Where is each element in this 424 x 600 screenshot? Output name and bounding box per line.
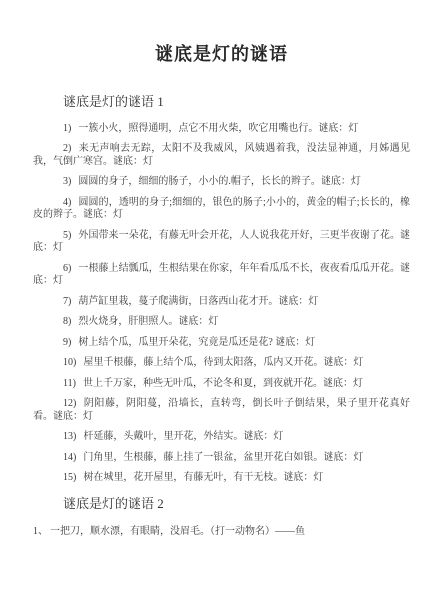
riddle-text: 树在城里，花开屋里，有藤无叶，有干无枝。谜底：灯 [83,472,323,483]
riddle-item: 6)一根藤上结瓢瓜，生根结果在你家，年年看瓜瓜不长，夜夜看瓜瓜开花。谜底：灯 [33,263,410,288]
riddle-number: 13) [63,431,76,442]
riddle-section: 谜底是灯的谜语 21、一把刀，顺水漂，有眼睛，没眉毛。（打一动物名）——鱼 [33,497,410,539]
riddle-text: 世上千万家，种些无叶瓜，不论冬和夏，到夜就开花。谜底：灯 [83,378,363,389]
riddle-item: 15)树在城里，花开屋里，有藤无叶，有干无枝。谜底：灯 [33,472,410,485]
section-heading: 谜底是灯的谜语 2 [63,497,410,511]
riddle-item: 1)一簇小火，照得通明，点它不用火柴，吹它用嘴也行。谜底：灯 [33,123,410,136]
page-title: 谜底是灯的谜语 [33,45,410,64]
riddle-section: 谜底是灯的谜语 11)一簇小火，照得通明，点它不用火柴，吹它用嘴也行。谜底：灯2… [33,95,410,485]
riddle-text: 外国带来一朵花，有藤无叶会开花，人人说我花开好，三更半夜谢了花。谜底：灯 [33,230,410,254]
riddle-item: 12)阴阳藤，阴阳蔓，沿墙长，直转弯，倒长叶子倒结果，果子里开花真好看。谜底：灯 [33,398,410,423]
riddle-number: 7) [63,296,71,307]
riddle-item: 11)世上千万家，种些无叶瓜，不论冬和夏，到夜就开花。谜底：灯 [33,378,410,391]
riddle-item: 9)树上结个瓜，瓜里开朵花，究竟是瓜还是花? 谜底：灯 [33,337,410,350]
riddle-text: 阴阳藤，阴阳蔓，沿墙长，直转弯，倒长叶子倒结果，果子里开花真好看。谜底：灯 [33,398,410,422]
riddle-number: 2) [63,143,71,154]
riddle-text: 圆圆的身子，细细的肠子，小小的.帽子，长长的辫子。谜底：灯 [78,176,361,187]
riddle-text: 圆圆的，透明的身子;细细的，银色的肠子;小小的，黄金的帽子;长长的，橡皮的辫子。… [33,197,410,221]
riddle-item: 14)门角里，生根藤，藤上挂了一银盆，盆里开花白如银。谜底：灯 [33,452,410,465]
riddle-item: 2)来无声响去无踪，太阳不及我威风，风姨遇着我，没法显神通，月姊遇见我，气倒广寒… [33,143,410,168]
riddle-text: 来无声响去无踪，太阳不及我威风，风姨遇着我，没法显神通，月姊遇见我，气倒广寒宫。… [33,143,410,167]
riddle-number: 10) [63,357,76,368]
riddle-number: 1、 [33,526,48,537]
riddle-number: 4) [63,197,71,208]
riddle-text: 一簇小火，照得通明，点它不用火柴，吹它用嘴也行。谜底：灯 [78,123,358,134]
riddle-text: 葫芦缸里栽，蔓子爬满街，日落西山花才开。谜底：灯 [78,296,318,307]
riddle-item: 13)杆延藤，头戴叶，里开花，外结实。谜底：灯 [33,431,410,444]
riddle-number: 1) [63,123,71,134]
riddle-number: 11) [63,378,76,389]
section-heading: 谜底是灯的谜语 1 [63,95,410,109]
riddle-item: 10)屋里千根藤，藤上结个瓜，待到太阳落，瓜内又开花。谜底：灯 [33,357,410,370]
riddle-number: 6) [63,263,71,274]
riddle-item: 5)外国带来一朵花，有藤无叶会开花，人人说我花开好，三更半夜谢了花。谜底：灯 [33,230,410,255]
riddle-text: 门角里，生根藤，藤上挂了一银盆，盆里开花白如银。谜底：灯 [83,452,363,463]
riddle-number: 3) [63,176,71,187]
riddle-item: 7)葫芦缸里栽，蔓子爬满街，日落西山花才开。谜底：灯 [33,296,410,309]
riddle-item: 3)圆圆的身子，细细的肠子，小小的.帽子，长长的辫子。谜底：灯 [33,176,410,189]
document-page: 谜底是灯的谜语 谜底是灯的谜语 11)一簇小火，照得通明，点它不用火柴，吹它用嘴… [0,0,424,600]
riddle-number: 8) [63,316,71,327]
riddle-number: 12) [63,398,76,409]
riddle-text: 屋里千根藤，藤上结个瓜，待到太阳落，瓜内又开花。谜底：灯 [83,357,363,368]
riddle-text: 一根藤上结瓢瓜，生根结果在你家，年年看瓜瓜不长，夜夜看瓜瓜开花。谜底：灯 [33,263,410,287]
sections-container: 谜底是灯的谜语 11)一簇小火，照得通明，点它不用火柴，吹它用嘴也行。谜底：灯2… [33,95,410,539]
riddle-number: 9) [63,337,71,348]
riddle-text: 杆延藤，头戴叶，里开花，外结实。谜底：灯 [83,431,283,442]
riddle-number: 15) [63,472,76,483]
riddle-number: 14) [63,452,76,463]
riddle-text: 树上结个瓜，瓜里开朵花，究竟是瓜还是花? 谜底：灯 [78,337,315,348]
riddle-item: 4)圆圆的，透明的身子;细细的，银色的肠子;小小的，黄金的帽子;长长的，橡皮的辫… [33,197,410,222]
riddle-text: 烈火烧身，肝胆照人。谜底：灯 [78,316,218,327]
riddle-item: 8)烈火烧身，肝胆照人。谜底：灯 [33,316,410,329]
riddle-text: 一把刀，顺水漂，有眼睛，没眉毛。（打一动物名）——鱼 [50,526,305,537]
riddle-number: 5) [63,230,71,241]
riddle-item: 1、一把刀，顺水漂，有眼睛，没眉毛。（打一动物名）——鱼 [33,526,410,539]
